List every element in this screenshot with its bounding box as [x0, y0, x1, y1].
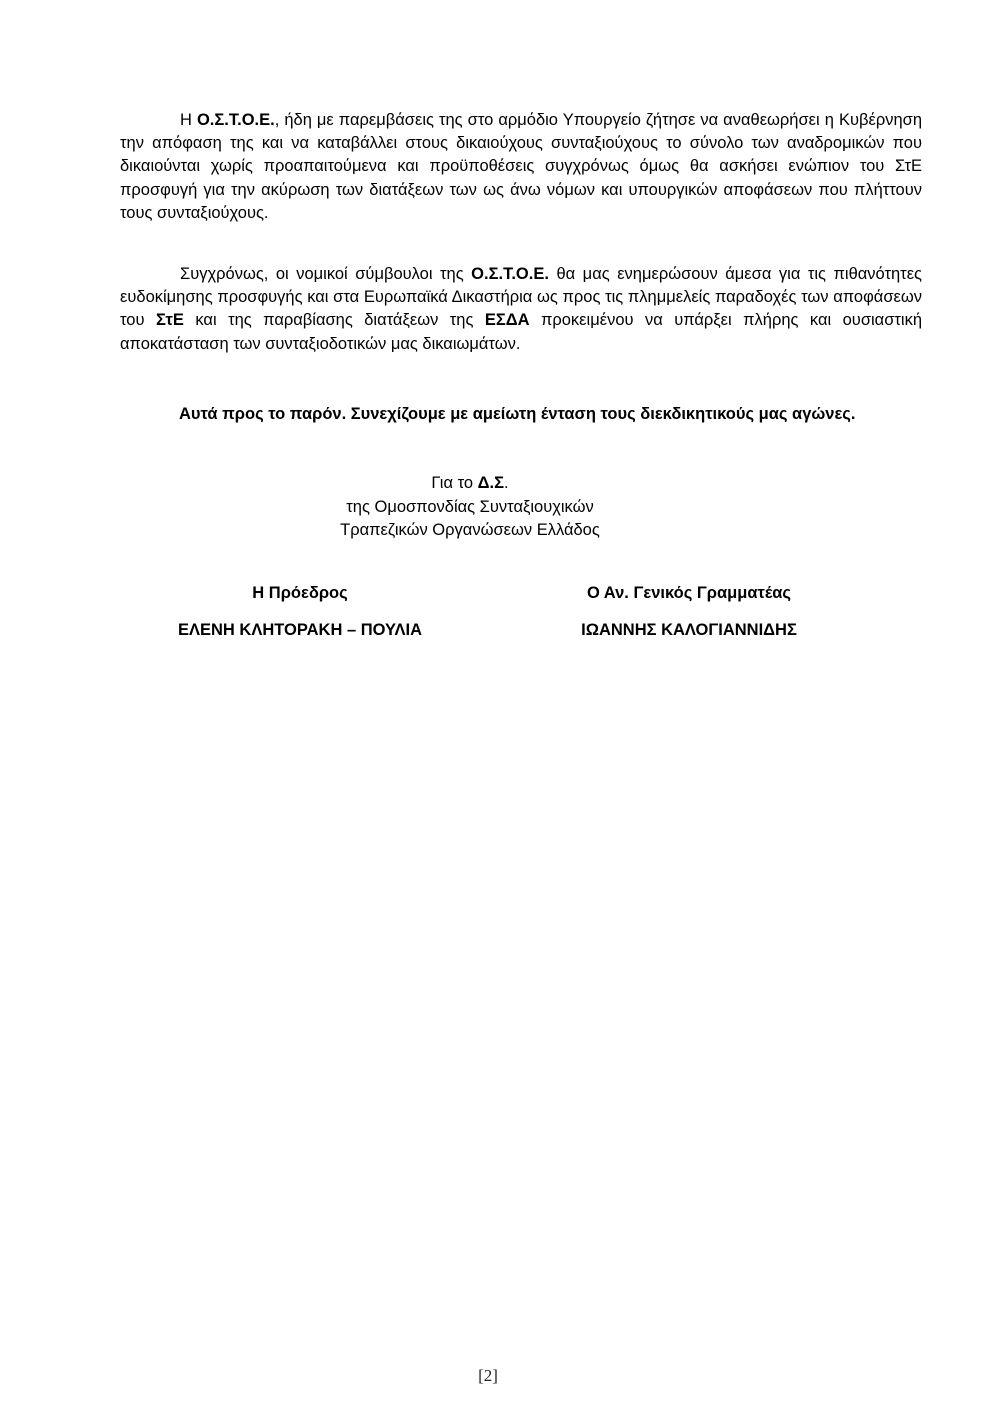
signatory-secretary: Ο Αν. Γενικός Γραμματέας ΙΩΑΝΝΗΣ ΚΑΛΟΓΙΑ…: [524, 584, 854, 644]
signatory-role: Η Πρόεδρος: [135, 584, 465, 603]
paragraph-text: και της παραβίασης διατάξεων της: [184, 311, 485, 329]
convention-name: ΕΣΔΑ: [485, 311, 530, 329]
signatory-president: Η Πρόεδρος ΕΛΕΝΗ ΚΛΗΤΟΡΑΚΗ – ΠΟΥΛΙΑ: [135, 584, 465, 644]
signature-suffix: .: [504, 474, 509, 492]
page-number: [2]: [0, 1366, 976, 1386]
signatory-name: ΕΛΕΝΗ ΚΛΗΤΟΡΑΚΗ – ΠΟΥΛΙΑ: [135, 621, 465, 640]
board-abbrev: Δ.Σ: [478, 474, 504, 492]
signatory-role: Ο Αν. Γενικός Γραμματέας: [524, 584, 854, 603]
paragraph-lead: Η: [180, 111, 197, 129]
closing-statement: Αυτά προς το παρόν. Συνεχίζουμε με αμείω…: [131, 402, 911, 426]
org-name: Ο.Σ.Τ.Ο.Ε.: [197, 111, 275, 129]
court-name: ΣτΕ: [156, 311, 184, 329]
paragraph-appeal: Η Ο.Σ.Τ.Ο.Ε., ήδη με παρεμβάσεις της στο…: [120, 109, 922, 225]
signature-line-3: Τραπεζικών Οργανώσεων Ελλάδος: [270, 519, 670, 543]
paragraph-text: Συγχρόνως, οι νομικοί σύμβουλοι της: [180, 265, 471, 283]
document-page: Η Ο.Σ.Τ.Ο.Ε., ήδη με παρεμβάσεις της στο…: [0, 0, 1000, 1413]
signature-line-2: της Ομοσπονδίας Συνταξιουχικών: [270, 496, 670, 520]
org-name: Ο.Σ.Τ.Ο.Ε.: [471, 265, 549, 283]
paragraph-legal-advisors: Συγχρόνως, οι νομικοί σύμβουλοι της Ο.Σ.…: [120, 263, 922, 356]
signature-block: Για το Δ.Σ. της Ομοσπονδίας Συνταξιουχικ…: [270, 472, 670, 543]
signature-prefix: Για το: [431, 474, 477, 492]
signatory-name: ΙΩΑΝΝΗΣ ΚΑΛΟΓΙΑΝΝΙΔΗΣ: [524, 621, 854, 640]
signature-line-1: Για το Δ.Σ.: [270, 472, 670, 496]
